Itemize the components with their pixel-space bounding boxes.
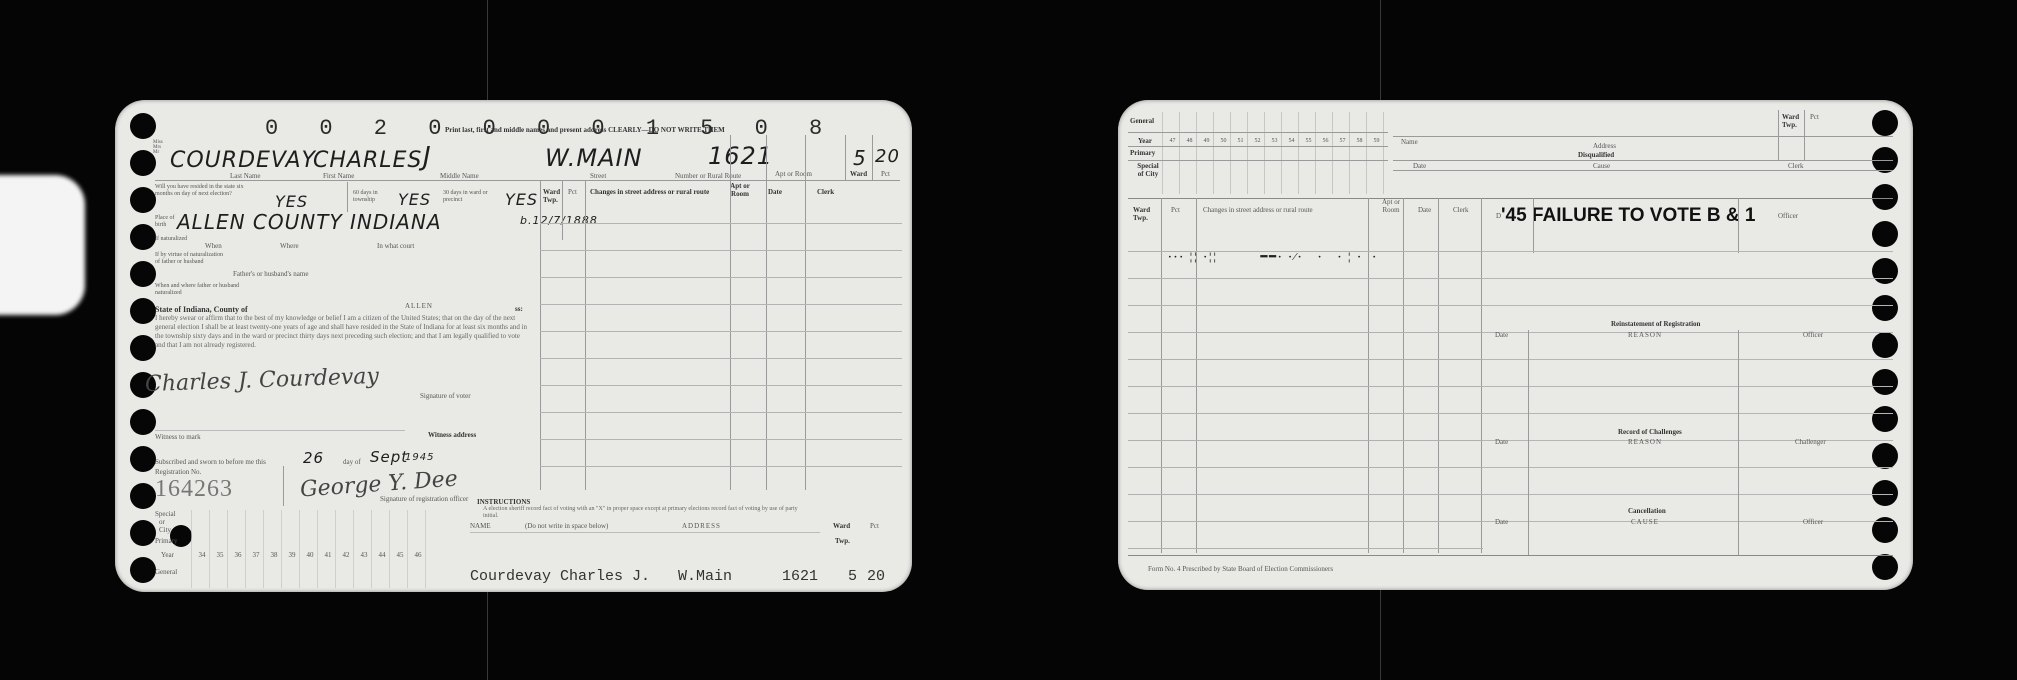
grid-columns: [191, 510, 427, 588]
street-label: Street: [590, 172, 606, 180]
divider: [872, 135, 873, 180]
address-changes-table: Ward Twp. Pct Changes in street address …: [1128, 198, 1483, 553]
punch-hole: [1872, 554, 1898, 580]
sworn-text: Subscribed and sworn to before me this: [155, 458, 266, 466]
section-row-lines: [1483, 225, 1893, 545]
header-instruction: Print last, first and middle names and p…: [445, 126, 725, 134]
typed-ward: 5: [848, 568, 857, 585]
oath-text: I hereby swear or affirm that to the bes…: [155, 314, 530, 350]
grid-row-label: General: [1130, 117, 1154, 125]
divider: [1393, 160, 1893, 161]
failure-to-vote-stamp: '45 FAILURE TO VOTE B & 1: [1501, 205, 1755, 227]
grid-row-label: Special: [155, 510, 176, 518]
punch-hole: [1872, 184, 1898, 210]
reinstatement-heading: Reinstatement of Registration: [1611, 320, 1700, 328]
residency-q3-label: 30 days in ward or precinct: [443, 190, 498, 204]
house-number: 1621: [708, 142, 773, 170]
cancellation-heading: Cancellation: [1628, 507, 1666, 515]
instructions-name-label: NAME: [470, 522, 491, 530]
punch-hole: [130, 409, 156, 435]
punch-hole: [130, 520, 156, 546]
reinstatement-officer-label: Officer: [1803, 331, 1823, 339]
divider: [1804, 110, 1805, 160]
col-header-date: Date: [768, 188, 782, 196]
oath-county: ALLEN: [405, 302, 433, 310]
witness-address-label: Witness address: [428, 431, 476, 439]
divider: [283, 466, 284, 506]
col-header-apt: Apt or Room: [728, 182, 752, 198]
col-header-date: Date: [1418, 206, 1431, 214]
voting-record-grid-1934-1946: Special or City Primary Year General 343…: [155, 510, 375, 588]
disqualified-clerk-label: Clerk: [1788, 162, 1804, 170]
disqualified-heading: Disqualified: [1578, 151, 1614, 159]
reinstatement-reason-label: REASON: [1628, 331, 1662, 339]
father-husband-name-label: Father's or husband's name: [233, 270, 308, 278]
divider: [845, 135, 846, 180]
first-name-label: First Name: [323, 172, 354, 180]
address-changes-table: Ward Twp. Pct Changes in street address …: [540, 180, 902, 490]
residency-q1-answer: YES: [275, 192, 308, 211]
instructions-address-label: ADDRESS: [682, 522, 721, 530]
voter-signature-label: Signature of voter: [420, 392, 471, 400]
grid-row-label: Year: [1138, 137, 1152, 145]
officer-signature-label: Signature of registration officer: [380, 495, 468, 503]
typed-precinct: 20: [867, 568, 885, 585]
col-header-ward: Ward Twp.: [1133, 206, 1157, 222]
voter-signature: Charles J. Courdevay: [145, 364, 380, 397]
instructions-text: A election sheriff record fact of voting…: [483, 506, 813, 520]
punch-hole: [130, 557, 156, 583]
challenges-date-label: Date: [1495, 438, 1508, 446]
punch-hole: [130, 261, 156, 287]
table-row-lines: [1128, 225, 1483, 553]
cancellation-cause-label: CAUSE: [1631, 518, 1659, 526]
punch-hole: [1872, 110, 1898, 136]
last-name: COURDEVAY: [170, 148, 316, 173]
col-header-pct: Pct: [568, 188, 577, 196]
ward-label: Ward: [850, 170, 867, 178]
instructions-heading: INSTRUCTIONS: [477, 498, 530, 506]
divider: [1738, 330, 1739, 555]
registration-no-label: Registration No.: [155, 468, 201, 476]
oath-ss: ss:: [515, 305, 523, 313]
punch-hole: [130, 298, 156, 324]
father-husband-when-label: When and where father or husband natural…: [155, 283, 245, 297]
divider: [1778, 110, 1779, 160]
col-header-pct: Pct: [1171, 206, 1180, 214]
naturalized-label: If naturalized: [155, 235, 187, 243]
prefix-mr: Mr: [153, 150, 163, 155]
number-label: Number or Rural Route: [675, 172, 741, 180]
address-label: Address: [1593, 142, 1616, 150]
middle-name-label: Middle Name: [440, 172, 479, 180]
voter-registration-card-front: 0 0 2 0 0 0 0 1 5 0 8 Print last, first …: [115, 100, 912, 592]
grid-row-label: City: [159, 526, 171, 534]
divider: [1128, 160, 1388, 161]
reinstatement-date-label: Date: [1495, 331, 1508, 339]
instructions-twp-label: Twp.: [835, 537, 850, 545]
disqualified-date-label: Date: [1413, 162, 1426, 170]
col-header-clerk: Clerk: [817, 188, 834, 196]
witness-label: Witness to mark: [155, 433, 201, 441]
divider: [1128, 132, 1388, 133]
punch-hole: [130, 446, 156, 472]
ward-number: 5: [853, 146, 867, 170]
sworn-day: 26: [303, 449, 324, 467]
residency-q1-label: Will you have resided in the state six m…: [155, 184, 245, 198]
apt-room-label: Apt or Room: [775, 170, 812, 178]
street-name: W.MAIN: [545, 144, 643, 172]
residency-q3-answer: YES: [505, 190, 538, 209]
residency-q2-answer: YES: [398, 190, 431, 209]
grid-row-label: Special of City: [1134, 162, 1162, 178]
cancellation-date-label: Date: [1495, 518, 1508, 526]
film-scratch-line: [1380, 590, 1381, 680]
typed-street: W.Main: [678, 568, 732, 585]
precinct-label: Pct: [881, 170, 890, 178]
cancellation-officer-label: Officer: [1803, 518, 1823, 526]
challenges-challenger-label: Challenger: [1795, 438, 1826, 446]
grid-row-label: Year: [161, 551, 174, 559]
sworn-day-label: day of: [343, 458, 361, 466]
precinct-number: 20: [875, 146, 900, 167]
birthplace-label: Place of birth: [155, 215, 175, 229]
pct-label: Pct: [1810, 113, 1819, 121]
punch-hole: [130, 335, 156, 361]
sworn-year: 1945: [405, 452, 434, 463]
divider: [1393, 170, 1893, 171]
birthplace: ALLEN COUNTY INDIANA: [177, 210, 442, 234]
typed-name: Courdevay Charles J.: [470, 568, 650, 585]
sworn-month: Sept: [370, 448, 408, 466]
stamp-officer-label: Officer: [1778, 212, 1798, 220]
punch-hole: [130, 113, 156, 139]
film-scratch-line: [1380, 0, 1381, 100]
faint-handwritten-entry: ··· ¦¦ ·¦¦ ━━· ·⁄· · · ¦ · ·: [1168, 250, 1378, 263]
col-header-clerk: Clerk: [1453, 206, 1469, 214]
residency-q2-label: 60 days in township: [353, 190, 393, 204]
punch-hole: [130, 187, 156, 213]
divider: [155, 430, 405, 431]
father-husband-label: If by virtue of naturalization of father…: [155, 252, 225, 266]
grid-row-label: Primary: [1130, 149, 1155, 157]
divider: [470, 532, 820, 533]
do-not-write-label: (Do not write in space below): [525, 522, 608, 530]
voter-registration-card-back: General Year Primary Special of City 474…: [1118, 100, 1913, 590]
divider: [1393, 136, 1893, 137]
instructions-ward-label: Ward: [833, 522, 850, 530]
last-name-label: Last Name: [230, 172, 261, 180]
col-header-apt: Apt or Room: [1378, 198, 1404, 214]
birth-date-prefix: b.: [520, 214, 532, 227]
punch-hole: [130, 224, 156, 250]
divider: [1128, 555, 1893, 556]
naturalized-where: Where: [280, 242, 299, 250]
col-header-changes: Changes in street address or rural route: [590, 188, 709, 196]
naturalized-when: When: [205, 242, 222, 250]
middle-initial: J: [423, 142, 432, 172]
oath-heading: State of Indiana, County of: [155, 305, 248, 314]
divider: [1528, 330, 1529, 555]
col-header-changes: Changes in street address or rural route: [1203, 206, 1313, 214]
table-row-lines: [540, 197, 902, 487]
punch-hole: [130, 483, 156, 509]
naturalized-court: In what court: [377, 242, 414, 250]
registration-number: 164263: [155, 476, 233, 503]
voting-record-grid-1947-1959: General Year Primary Special of City 474…: [1128, 112, 1388, 197]
name-label: Name: [1401, 138, 1418, 146]
grid-row-label: General: [155, 568, 177, 576]
challenges-reason-label: REASON: [1628, 438, 1662, 446]
title-prefix: Miss Mrs Mr: [153, 140, 163, 155]
form-footer: Form No. 4 Prescribed by State Board of …: [1148, 565, 1333, 573]
typed-number: 1621: [782, 568, 818, 585]
grid-columns: [1162, 112, 1387, 194]
divider: [1128, 146, 1388, 147]
divider: [347, 182, 348, 212]
grid-row-label: or: [159, 518, 165, 526]
ward-twp-label: Ward Twp.: [1782, 113, 1802, 129]
disqualified-cause-label: Cause: [1593, 162, 1610, 170]
status-sections: Reinstatement of Registration Date REASO…: [1483, 225, 1893, 555]
film-glare-blob: [0, 175, 85, 315]
instructions-pct-label: Pct: [870, 522, 879, 530]
grid-row-label: Primary: [155, 537, 178, 545]
challenges-heading: Record of Challenges: [1618, 428, 1682, 436]
first-name: CHARLES: [313, 148, 422, 173]
